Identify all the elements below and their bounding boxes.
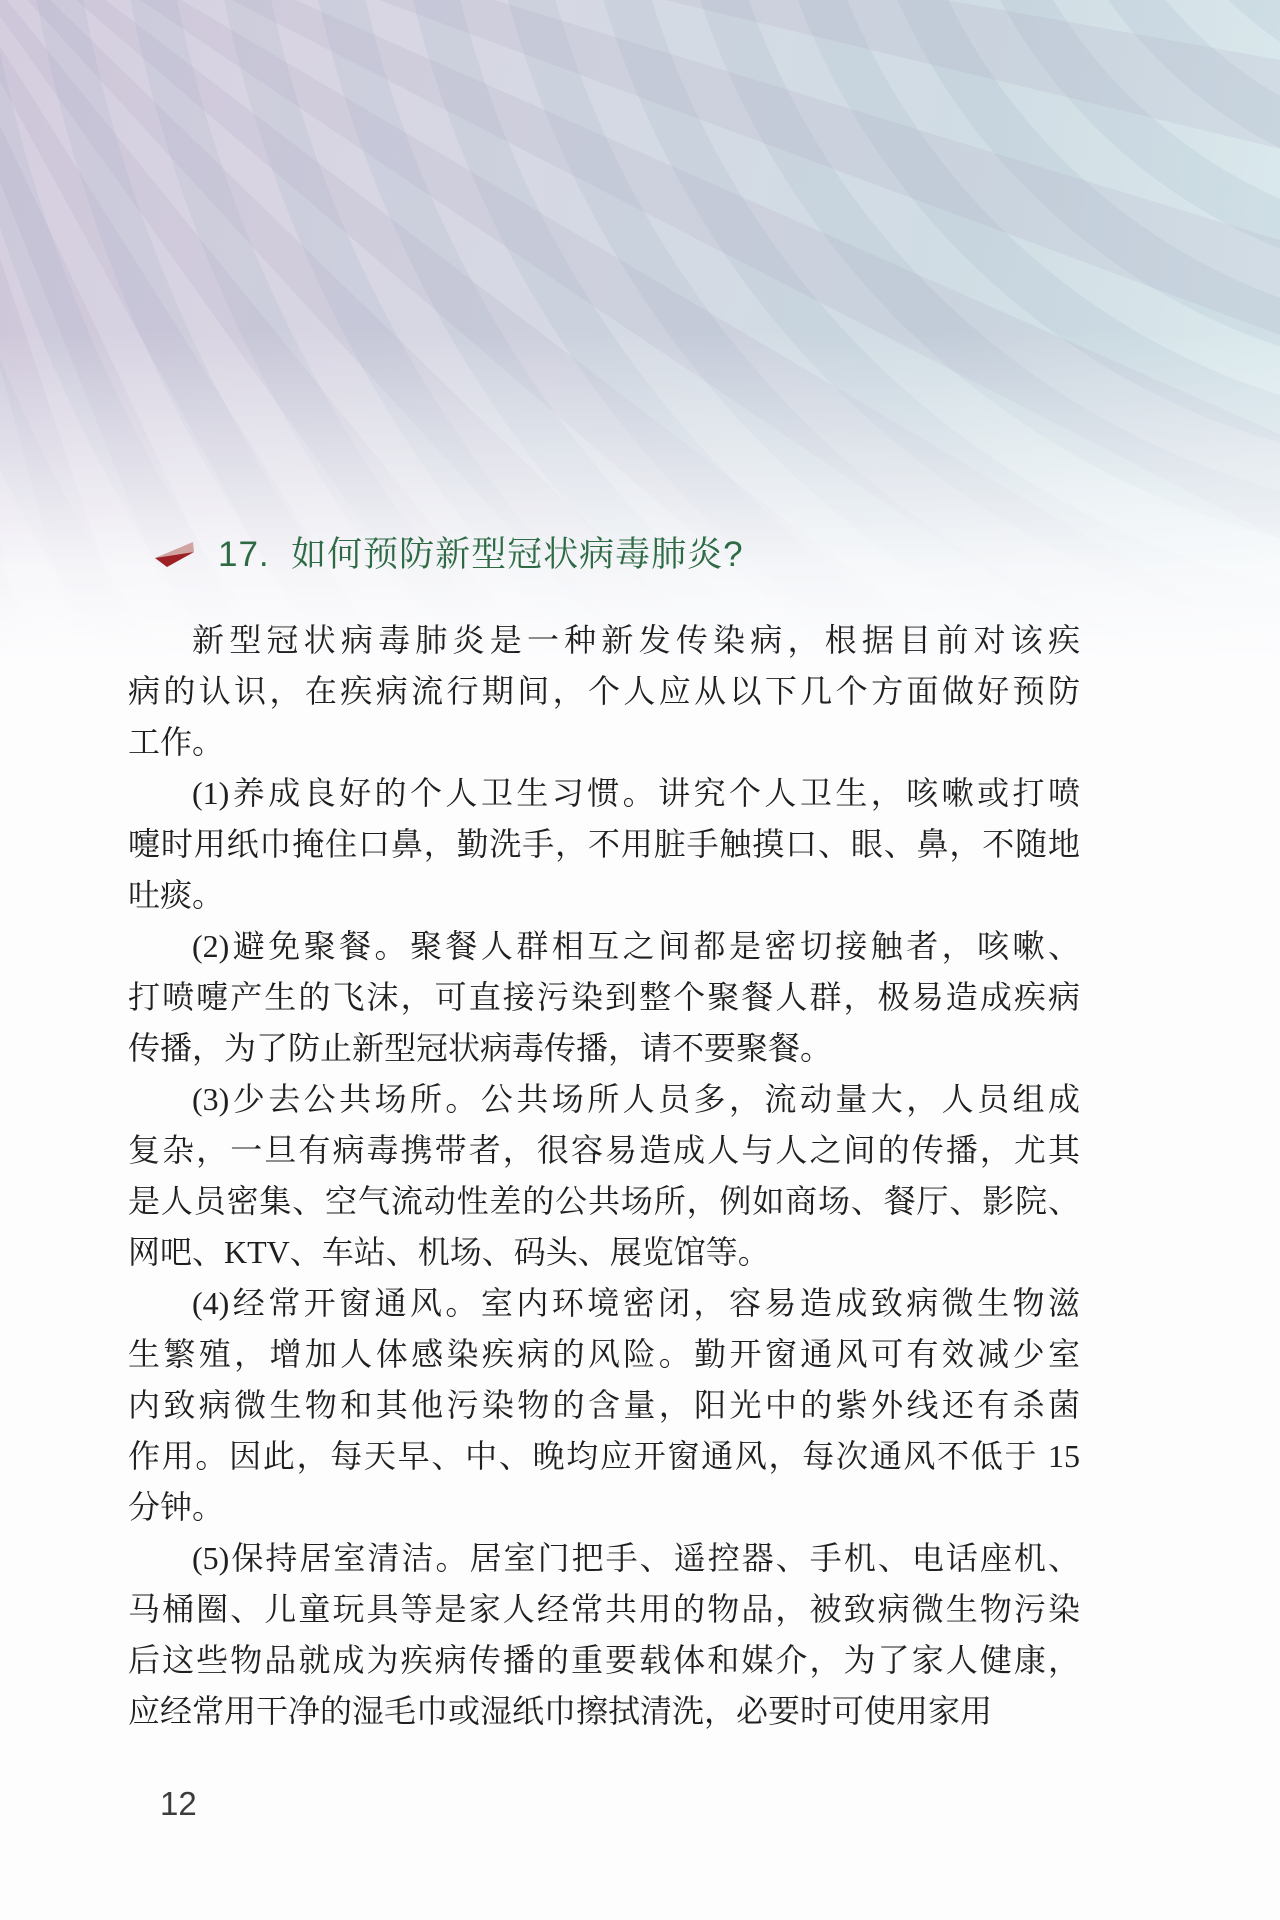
text-line: 网吧、KTV、车站、机场、码头、展览馆等。 bbox=[128, 1227, 1080, 1278]
text-line: 吐痰。 bbox=[128, 870, 1080, 921]
section-heading: 17. 如何预防新型冠状病毒肺炎? bbox=[152, 529, 744, 579]
text-line: 生繁殖，增加人体感染疾病的风险。勤开窗通风可有效减少室 bbox=[128, 1329, 1080, 1380]
book-page: 17. 如何预防新型冠状病毒肺炎? 新型冠状病毒肺炎是一种新发传染病，根据目前对… bbox=[0, 0, 1280, 1920]
text-line: 嚏时用纸巾掩住口鼻，勤洗手，不用脏手触摸口、眼、鼻，不随地 bbox=[128, 819, 1080, 870]
text-line: 打喷嚏产生的飞沫，可直接污染到整个聚餐人群，极易造成疾病 bbox=[128, 972, 1080, 1023]
arrow-right-icon bbox=[152, 539, 196, 569]
paragraph: (4)经常开窗通风。室内环境密闭，容易造成致病微生物滋生繁殖，增加人体感染疾病的… bbox=[128, 1278, 1080, 1533]
text-line: (4)经常开窗通风。室内环境密闭，容易造成致病微生物滋 bbox=[128, 1278, 1080, 1329]
text-line: 后这些物品就成为疾病传播的重要载体和媒介，为了家人健康， bbox=[128, 1635, 1080, 1686]
text-line: 复杂，一旦有病毒携带者，很容易造成人与人之间的传播，尤其 bbox=[128, 1125, 1080, 1176]
paragraph: (2)避免聚餐。聚餐人群相互之间都是密切接触者，咳嗽、打喷嚏产生的飞沫，可直接污… bbox=[128, 921, 1080, 1074]
text-line: (2)避免聚餐。聚餐人群相互之间都是密切接触者，咳嗽、 bbox=[128, 921, 1080, 972]
text-line: 内致病微生物和其他污染物的含量，阳光中的紫外线还有杀菌 bbox=[128, 1380, 1080, 1431]
text-line: (3)少去公共场所。公共场所人员多，流动量大，人员组成 bbox=[128, 1074, 1080, 1125]
text-line: 马桶圈、儿童玩具等是家人经常共用的物品，被致病微生物污染 bbox=[128, 1584, 1080, 1635]
paragraph: 新型冠状病毒肺炎是一种新发传染病，根据目前对该疾病的认识，在疾病流行期间，个人应… bbox=[128, 615, 1080, 768]
text-line: 应经常用干净的湿毛巾或湿纸巾擦拭清洗，必要时可使用家用 bbox=[128, 1686, 1080, 1737]
text-line: 分钟。 bbox=[128, 1482, 1080, 1533]
section-title: 17. 如何预防新型冠状病毒肺炎? bbox=[218, 537, 744, 572]
text-line: 工作。 bbox=[128, 717, 1080, 768]
body-text: 新型冠状病毒肺炎是一种新发传染病，根据目前对该疾病的认识，在疾病流行期间，个人应… bbox=[128, 615, 1080, 1737]
text-line: 新型冠状病毒肺炎是一种新发传染病，根据目前对该疾 bbox=[128, 615, 1080, 666]
text-line: 病的认识，在疾病流行期间，个人应从以下几个方面做好预防 bbox=[128, 666, 1080, 717]
paragraph: (1)养成良好的个人卫生习惯。讲究个人卫生，咳嗽或打喷嚏时用纸巾掩住口鼻，勤洗手… bbox=[128, 768, 1080, 921]
text-line: 传播，为了防止新型冠状病毒传播，请不要聚餐。 bbox=[128, 1023, 1080, 1074]
text-line: 是人员密集、空气流动性差的公共场所，例如商场、餐厅、影院、 bbox=[128, 1176, 1080, 1227]
paragraph: (5)保持居室清洁。居室门把手、遥控器、手机、电话座机、马桶圈、儿童玩具等是家人… bbox=[128, 1533, 1080, 1737]
text-line: (1)养成良好的个人卫生习惯。讲究个人卫生，咳嗽或打喷 bbox=[128, 768, 1080, 819]
paragraph: (3)少去公共场所。公共场所人员多，流动量大，人员组成复杂，一旦有病毒携带者，很… bbox=[128, 1074, 1080, 1278]
text-line: 作用。因此，每天早、中、晚均应开窗通风，每次通风不低于 15 bbox=[128, 1431, 1080, 1482]
page-number: 12 bbox=[160, 1785, 197, 1823]
text-line: (5)保持居室清洁。居室门把手、遥控器、手机、电话座机、 bbox=[128, 1533, 1080, 1584]
